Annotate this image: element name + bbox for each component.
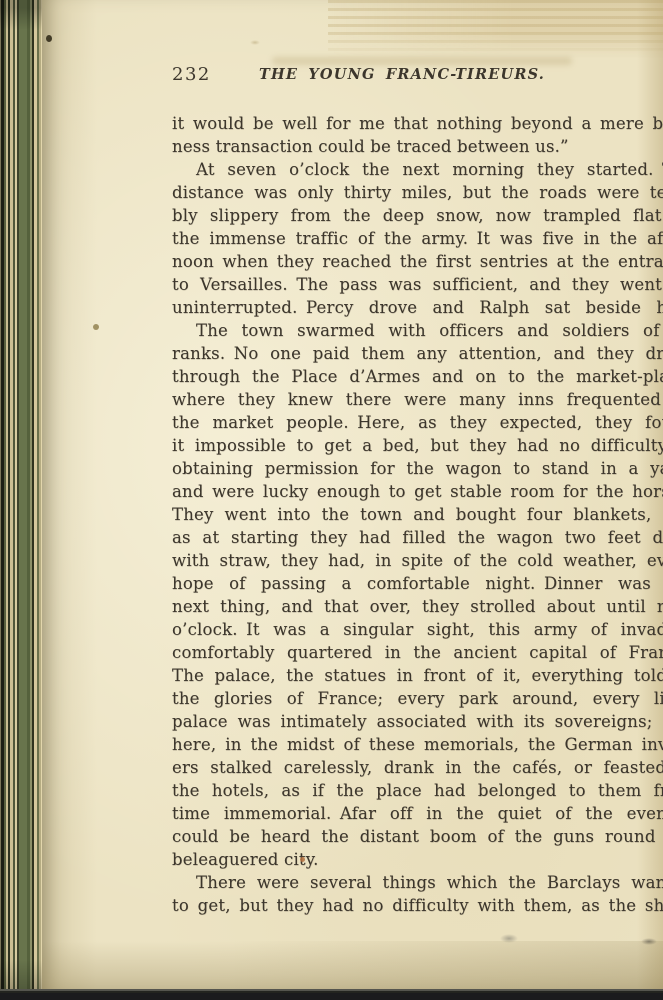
text-line: the glories of France; every park around… — [172, 687, 663, 710]
text-line: to Versailles. The pass was sufficient, … — [172, 273, 663, 296]
text-line: There were several things which the Barc… — [172, 871, 663, 894]
scan-bottom-edge — [0, 989, 663, 1000]
text-line: ers stalked carelessly, drank in the caf… — [172, 756, 663, 779]
text-line: to get, but they had no difficulty with … — [172, 894, 663, 917]
body-text: it would be well for me that nothing bey… — [172, 112, 663, 917]
book-page: 232 THE YOUNG FRANC-TIREURS. it would be… — [42, 0, 663, 989]
text-line: The palace, the statues in front of it, … — [172, 664, 663, 687]
text-line: ness transaction could be traced between… — [172, 135, 663, 158]
book-binding-edge — [0, 0, 46, 1000]
text-line: uninterrupted. Percy drove and Ralph sat… — [172, 296, 663, 319]
text-line: bly slippery from the deep snow, now tra… — [172, 204, 663, 227]
text-line: At seven o’clock the next morning they s… — [172, 158, 663, 181]
foxing-speck — [300, 857, 305, 862]
text-line: distance was only thirty miles, but the … — [172, 181, 663, 204]
text-line: and were lucky enough to get stable room… — [172, 480, 663, 503]
text-line: noon when they reached the first sentrie… — [172, 250, 663, 273]
text-line: comfortably quartered in the ancient cap… — [172, 641, 663, 664]
paper-discoloration — [328, 0, 663, 58]
running-title: THE YOUNG FRANC-TIREURS. — [142, 66, 662, 83]
text-line: beleaguered city. — [172, 848, 663, 871]
text-line: hope of passing a comfortable night. Din… — [172, 572, 663, 595]
text-line: here, in the midst of these memorials, t… — [172, 733, 663, 756]
book-page-scan: 232 THE YOUNG FRANC-TIREURS. it would be… — [0, 0, 663, 1000]
text-line: as at starting they had filled the wagon… — [172, 526, 663, 549]
scan-bottom-shadow — [42, 941, 663, 989]
text-line: time immemorial. Afar off in the quiet o… — [172, 802, 663, 825]
scan-smudge — [250, 40, 260, 45]
text-line: could be heard the distant boom of the g… — [172, 825, 663, 848]
text-line: palace was intimately associated with it… — [172, 710, 663, 733]
show-through-smudge — [272, 57, 572, 65]
text-line: The town swarmed with officers and soldi… — [172, 319, 663, 342]
text-line: where they knew there were many inns fre… — [172, 388, 663, 411]
text-line: o’clock. It was a singular sight, this a… — [172, 618, 663, 641]
scan-smudge — [500, 934, 518, 943]
text-line: the immense traffic of the army. It was … — [172, 227, 663, 250]
text-line: They went into the town and bought four … — [172, 503, 663, 526]
text-line: obtaining permission for the wagon to st… — [172, 457, 663, 480]
text-line: through the Place d’Armes and on to the … — [172, 365, 663, 388]
text-line: with straw, they had, in spite of the co… — [172, 549, 663, 572]
text-line: next thing, and that over, they strolled… — [172, 595, 663, 618]
scan-smudge — [641, 938, 657, 945]
text-line: it impossible to get a bed, but they had… — [172, 434, 663, 457]
text-line: ranks. No one paid them any attention, a… — [172, 342, 663, 365]
text-line: the market people. Here, as they expecte… — [172, 411, 663, 434]
text-line: it would be well for me that nothing bey… — [172, 112, 663, 135]
text-line: the hotels, as if the place had belonged… — [172, 779, 663, 802]
ink-speck — [46, 35, 52, 42]
foxing-speck — [93, 324, 99, 330]
